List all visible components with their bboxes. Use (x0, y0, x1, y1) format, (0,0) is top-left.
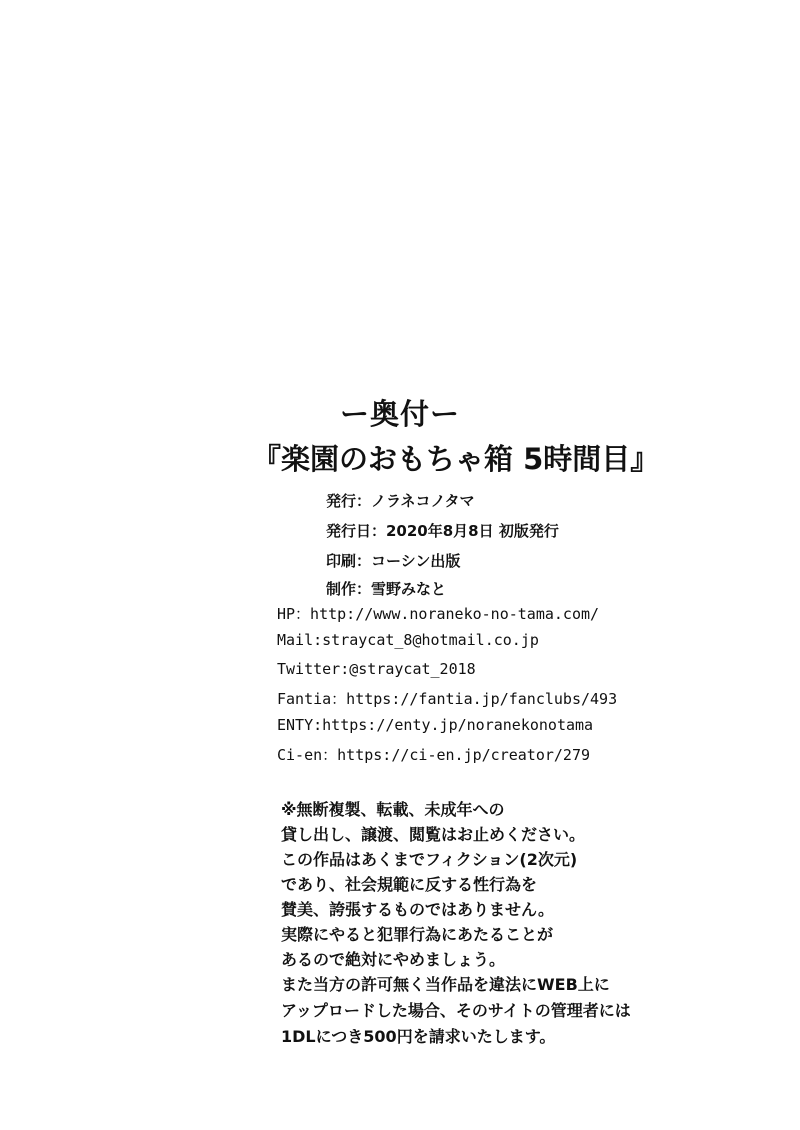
work-title: 『楽園のおもちゃ箱 5時間目』 (252, 437, 659, 478)
mail-link[interactable]: Mail:straycat_8@hotmail.co.jp (277, 631, 539, 649)
notice-line: また当方の許可無く当作品を違法にWEB上に (281, 972, 610, 995)
publisher-line: 発行：ノラネコノタマ (326, 490, 475, 511)
notice-line: 貸し出し、譲渡、閲覧はお止めください。 (281, 822, 585, 845)
printer-line: 印刷：コーシン出版 (326, 550, 460, 571)
notice-line: 実際にやると犯罪行為にあたることが (281, 922, 553, 945)
notice-line: あるので絶対にやめましょう。 (281, 947, 505, 970)
homepage-link[interactable]: HP：http://www.noraneko-no-tama.com/ (277, 603, 599, 624)
notice-line: 1DLにつき500円を請求いたします。 (281, 1024, 555, 1047)
twitter-link[interactable]: Twitter:@straycat_2018 (277, 660, 476, 678)
ci-en-link[interactable]: Ci-en：https://ci-en.jp/creator/279 (277, 744, 590, 765)
notice-line: であり、社会規範に反する性行為を (281, 872, 537, 895)
enty-link[interactable]: ENTY:https://enty.jp/noranekonotama (277, 716, 593, 734)
notice-line: アップロードした場合、そのサイトの管理者には (281, 998, 631, 1021)
colophon-heading: ー奥付ー (0, 392, 800, 433)
publish-date-line: 発行日：2020年8月8日 初版発行 (326, 520, 559, 541)
fantia-link[interactable]: Fantia：https://fantia.jp/fanclubs/493 (277, 688, 617, 709)
notice-line: この作品はあくまでフィクション(2次元) (281, 847, 577, 870)
notice-line: 賛美、誇張するものではありません。 (281, 897, 554, 920)
creator-line: 制作：雪野みなと (326, 578, 446, 599)
notice-line: ※無断複製、転載、未成年への (281, 797, 505, 820)
